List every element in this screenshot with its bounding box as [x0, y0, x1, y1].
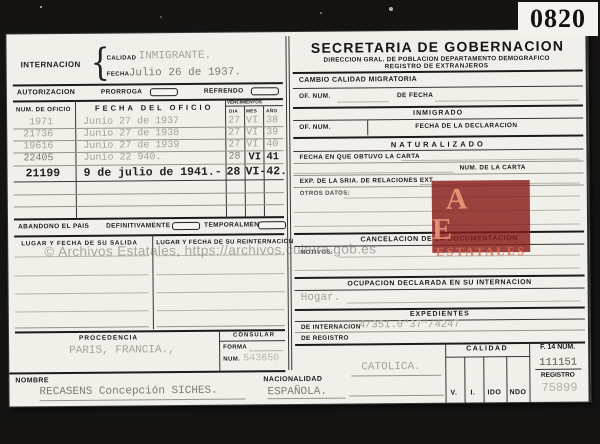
inmigrado-of-num-label: OF. NUM.	[299, 124, 331, 131]
col-fecha-oficio: FECHA DEL OFICIO	[95, 103, 213, 113]
blank-line	[351, 375, 441, 377]
prorroga-label: PRORROGA	[101, 88, 143, 95]
venc-mes: VI	[246, 127, 258, 138]
calidad-col-line	[464, 357, 465, 403]
prorroga-checkbox	[150, 88, 178, 96]
divider	[295, 288, 585, 292]
calidad-col-line	[483, 356, 484, 402]
table-column-line	[263, 106, 265, 216]
divider	[293, 86, 583, 90]
blank-line	[157, 309, 285, 311]
blank-line	[157, 291, 285, 293]
col-vencimientos: VENCIMIENTOS	[227, 99, 262, 104]
blank-line	[337, 101, 389, 102]
blank-line	[15, 310, 149, 312]
refrendo-checkbox	[251, 87, 279, 95]
scan-noise	[40, 6, 42, 8]
registro-label: REGISTRO	[529, 371, 586, 378]
oficio-num: 21736	[23, 129, 53, 140]
blank-line	[435, 100, 579, 102]
temporalmente-checkbox	[258, 221, 286, 229]
venc-dia: 28	[227, 166, 241, 179]
document-number: 0820	[530, 4, 586, 34]
divider	[294, 161, 584, 165]
oficio-num: 22405	[23, 153, 53, 164]
logo-initials: A E	[432, 184, 531, 245]
definitivamente-checkbox	[172, 222, 200, 230]
archive-watermark: © Archivos Estatales, https://archivos.c…	[44, 241, 376, 259]
blank-line	[157, 325, 285, 327]
venc-mes: VI	[246, 115, 258, 126]
forma-label: FORMA	[223, 344, 247, 350]
ocupacion-value: Hogar.	[301, 292, 341, 304]
oficio-fecha: 9 de julio de 1941.-	[84, 166, 222, 180]
inmigrado-label: INMIGRADO	[293, 109, 583, 119]
de-internacion-value: 4/351.0"37"/4247	[359, 319, 460, 332]
column-divider	[219, 330, 220, 371]
col-num-oficio: NUM. DE OFICIO	[16, 106, 71, 113]
blank-line	[294, 268, 580, 271]
f14-value: 111151	[539, 357, 577, 369]
oficio-num: 21199	[26, 167, 61, 180]
of-num-label: OF. NUM.	[299, 93, 331, 100]
venc-ano: 38	[266, 115, 278, 126]
blank-line	[268, 398, 346, 400]
agency-title: SECRETARIA DE GOBERNACION	[292, 38, 582, 57]
archivos-estatales-logo: A E ESTATALES	[432, 180, 531, 253]
calidad-col-v: V.	[451, 390, 458, 397]
blank-line	[14, 274, 148, 276]
fecha-label: FECHA	[107, 71, 130, 77]
venc-ano: 39	[266, 127, 278, 138]
divider	[14, 216, 284, 220]
divider	[219, 340, 285, 342]
calidad-col-ndo: NDO	[510, 389, 527, 396]
half-divider	[288, 36, 292, 370]
table-row-line	[14, 192, 284, 195]
calidad-label: CALIDAD	[107, 55, 137, 61]
divider	[14, 233, 284, 237]
cambio-calidad-label: CAMBIO CALIDAD MIGRATORIA	[299, 76, 417, 84]
ocupacion-label: OCUPACION DECLARADA EN SU INTERNACION	[295, 279, 585, 289]
definitivamente-label: DEFINITIVAMENTE	[106, 222, 170, 230]
registro-value: 75899	[541, 381, 577, 395]
oficio-num: 1971	[29, 117, 53, 128]
nombre-label: NOMBRE	[15, 377, 49, 384]
oficio-fecha: Junio 22 940.	[83, 152, 161, 164]
blank-line	[347, 301, 581, 304]
exp-sria-label: EXP. DE LA SRIA. DE RELACIONES EXT.	[300, 177, 435, 185]
consular-num-value: 543650	[243, 353, 279, 364]
venc-mes: VI	[248, 151, 261, 163]
f14-label: F. 14 NUM.	[529, 343, 586, 350]
calidad-col-ido: IDO	[488, 389, 502, 396]
venc-dia: 27	[228, 128, 240, 139]
consular-num-label: NUM.	[223, 357, 240, 363]
nacionalidad-value: ESPAÑOLA.	[267, 386, 327, 399]
calidad-box-label: CALIDAD	[445, 345, 529, 353]
table-row-line	[14, 204, 284, 207]
calidad-value: INMIGRANTE.	[139, 50, 212, 63]
venc-mes: VI-42.	[246, 165, 288, 178]
calidad-col-i: I.	[471, 389, 476, 396]
refrendo-label: REFRENDO	[204, 87, 244, 94]
blank-line	[15, 326, 149, 328]
procedencia-label: PROCEDENCIA	[79, 334, 138, 342]
nacionalidad-label: NACIONALIDAD	[263, 376, 322, 384]
divider	[293, 118, 583, 122]
internacion-label: INTERNACION	[21, 60, 81, 70]
divider	[9, 370, 285, 374]
col-ano: AÑO	[266, 108, 277, 113]
venc-mes: VI	[246, 139, 258, 150]
divider	[225, 105, 283, 107]
oficio-num: 19616	[23, 141, 53, 152]
procedencia-value: PARIS, FRANCIA.,	[69, 344, 175, 357]
document-number-slip: 0820	[518, 2, 598, 36]
consular-label: CONSULAR	[233, 332, 275, 338]
col-dia: DIA	[229, 109, 238, 114]
divider	[445, 356, 529, 358]
de-registro-label: DE REGISTRO	[301, 335, 349, 342]
oficio-fecha: Junio 27 de 1938	[83, 128, 179, 140]
blank-line	[15, 292, 149, 294]
venc-dia: 27	[228, 116, 240, 127]
divider	[535, 369, 581, 370]
de-internacion-label: DE INTERNACION	[301, 323, 361, 331]
nombre-value: RECASENS Concepción SICHES.	[39, 385, 217, 399]
divider	[13, 82, 283, 86]
num-carta-label: NUM. DE LA CARTA	[460, 164, 526, 172]
venc-dia: 27	[228, 140, 240, 151]
venc-dia: 28	[228, 152, 240, 163]
col-mes: MES	[246, 108, 257, 113]
autorizacion-label: AUTORIZACION	[17, 89, 75, 97]
expedientes-label: EXPEDIENTES	[295, 310, 585, 320]
field-divider	[367, 120, 368, 135]
fecha-internacion-value: Julio 26 de 1937.	[129, 66, 241, 79]
oficio-fecha: Junio 27 de 1937	[83, 116, 179, 128]
fecha-declaracion-label: FECHA DE LA DECLARACION	[415, 122, 517, 130]
logo-wordmark: ESTATALES	[436, 244, 527, 260]
table-column-line	[225, 99, 227, 217]
religion-value: CATOLICA.	[361, 361, 421, 374]
forma-line	[249, 350, 283, 351]
blank-line	[156, 273, 284, 275]
blank-line	[350, 395, 444, 397]
venc-ano: 40	[266, 139, 278, 150]
table-column-line	[75, 100, 77, 218]
venc-ano: 41	[266, 151, 279, 163]
calidad-col-line	[506, 356, 507, 402]
de-fecha-label: DE FECHA	[397, 92, 433, 99]
blank-line	[40, 398, 246, 401]
oficio-fecha: Junio 27 de 1939	[83, 140, 179, 152]
abandono-label: ABANDONO EL PAIS	[18, 223, 89, 231]
registration-card: INTERNACION { CALIDAD INMIGRANTE. FECHA …	[6, 29, 590, 406]
otros-datos-label: OTROS DATOS:	[300, 191, 350, 197]
